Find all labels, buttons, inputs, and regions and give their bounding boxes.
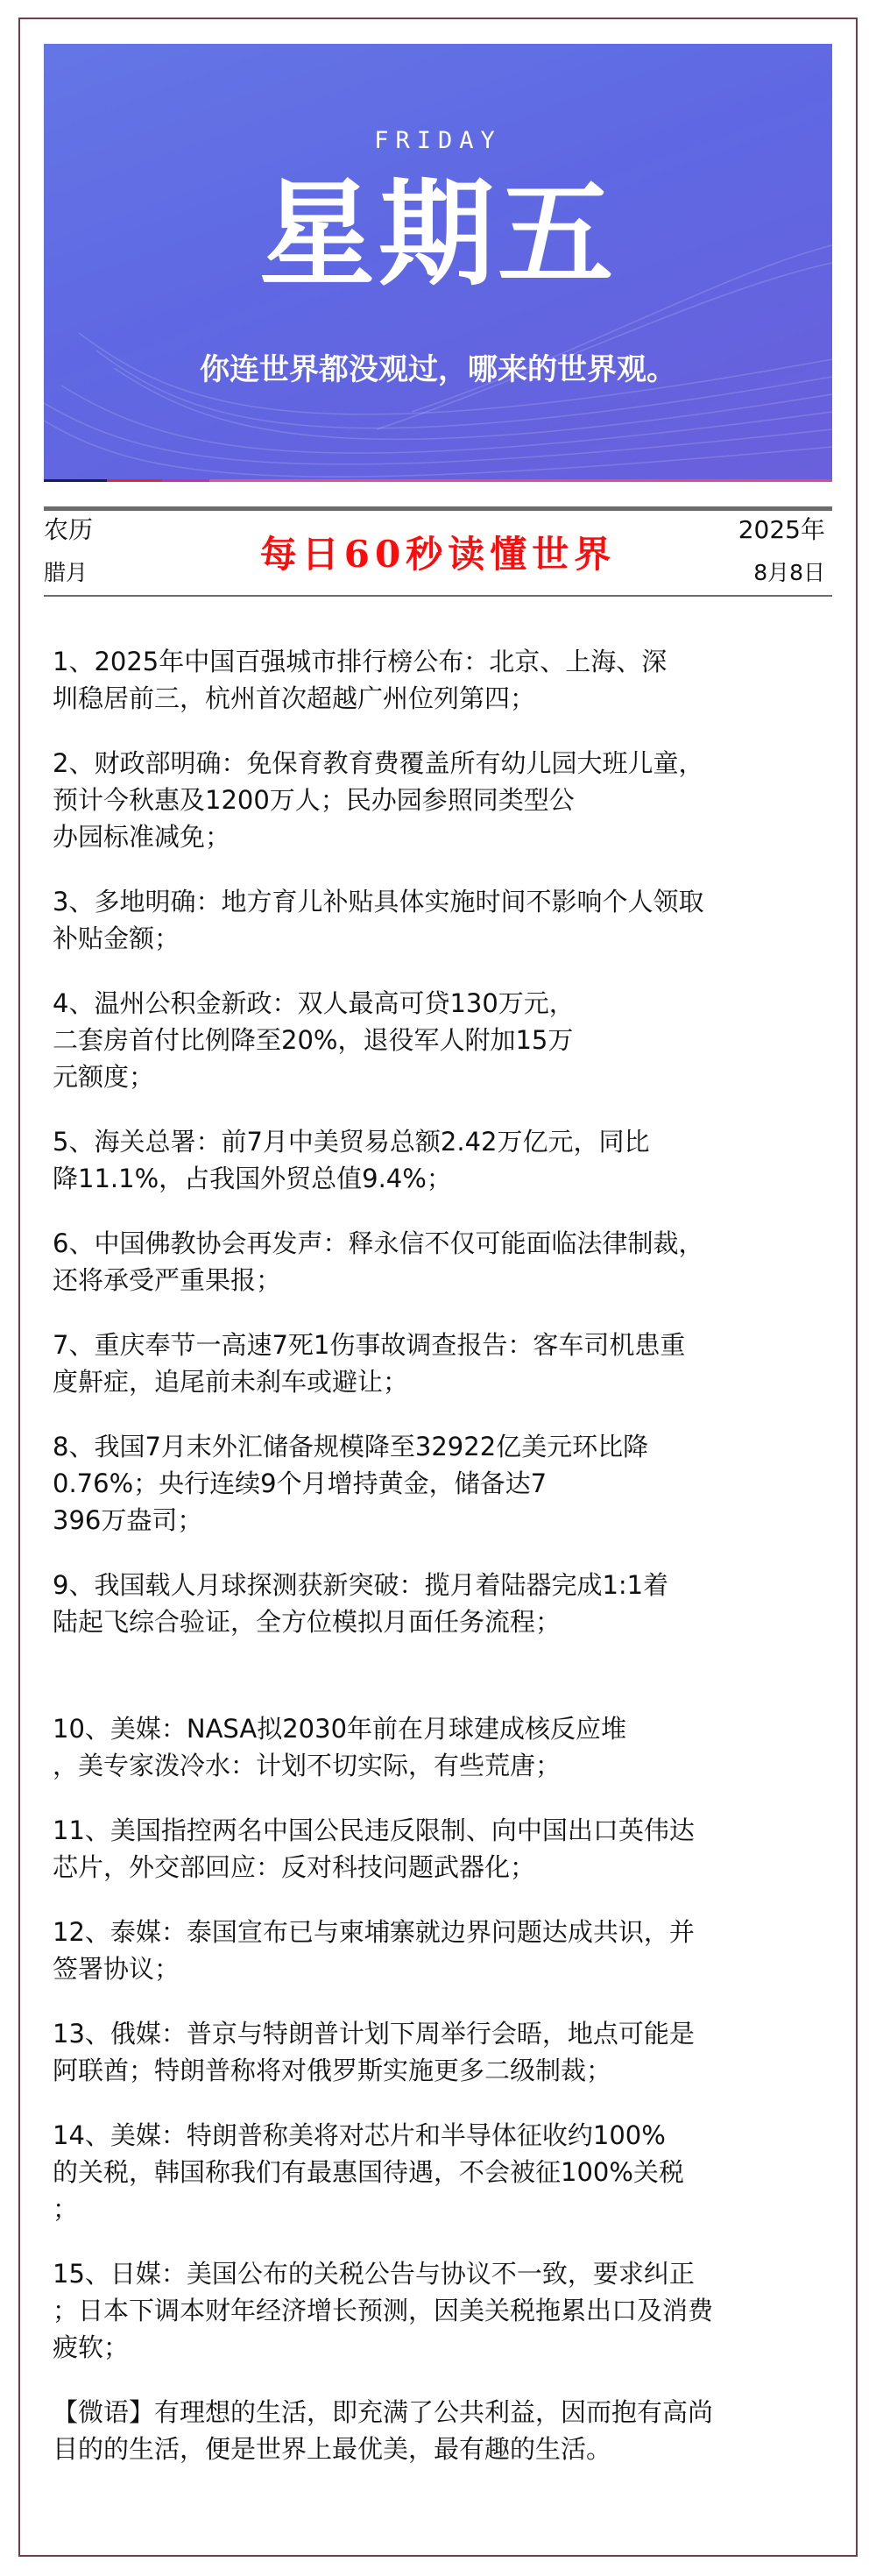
news-item: 10、美媒：NASA拟2030年前在月球建成核反应堆 ，美专家泼冷水：计划不切实… [53,1710,832,1784]
news-item: 11、美国指控两名中国公民违反限制、向中国出口英伟达 芯片，外交部回应：反对科技… [53,1812,832,1886]
news-item: 2、财政部明确：免保育教育费覆盖所有幼儿园大班儿童， 预计今秋惠及1200万人；… [53,745,832,855]
news-item: 9、我国载人月球探测获新突破：揽月着陆器完成1:1着 陆起飞综合验证，全方位模拟… [53,1567,832,1640]
news-item: 5、海关总署：前7月中美贸易总额2.42万亿元，同比 降11.1%，占我国外贸总… [53,1123,832,1197]
daily-quote: 【微语】有理想的生活，即充满了公共利益，因而抱有高尚 目的的生活，便是世界上最优… [53,2394,832,2467]
news-item: 3、多地明确：地方育儿补贴具体实施时间不影响个人领取 补贴金额； [53,883,832,957]
news-item: 1、2025年中国百强城市排行榜公布：北京、上海、深 圳稳居前三，杭州首次超越广… [53,643,832,717]
news-item: 4、温州公积金新政：双人最高可贷130万元， 二套房首付比例降至20%，退役军人… [53,985,832,1095]
banner-color-stripe [44,479,832,482]
news-item: 12、泰媒：泰国宣布已与柬埔寨就边界问题达成共识，并 签署协议； [53,1914,832,1987]
header-divider-top [44,506,832,511]
news-list: 1、2025年中国百强城市排行榜公布：北京、上海、深 圳稳居前三，杭州首次超越广… [53,643,832,2467]
news-item: 13、俄媒：普京与特朗普计划下周举行会晤，地点可能是 阿联酋；特朗普称将对俄罗斯… [53,2015,832,2089]
news-item: 6、中国佛教协会再发声：释永信不仅可能面临法律制裁， 还将承受严重果报； [53,1225,832,1299]
banner-slogan: 你连世界都没观过，哪来的世界观。 [44,350,832,389]
news-item: 8、我国7月末外汇储备规模降至32922亿美元环比降 0.76%；央行连续9个月… [53,1428,832,1539]
header-divider-bottom [44,595,832,597]
date-year: 2025年 [738,513,825,548]
news-item: 15、日媒：美国公布的关税公告与协议不一致，要求纠正 ；日本下调本财年经济增长预… [53,2255,832,2366]
weekday-chinese: 星期五 [44,165,832,305]
news-item: 7、重庆奉节一高速7死1伤事故调查报告：客车司机患重 度鼾症，追尾前未刹车或避让… [53,1327,832,1400]
date-day: 8月8日 [738,556,825,591]
date-block: 2025年 8月8日 [738,513,825,591]
news-item: 14、美媒：特朗普称美将对芯片和半导体征收约100% 的关税，韩国称我们有最惠国… [53,2117,832,2227]
weekday-english: FRIDAY [44,127,832,154]
header-banner: FRIDAY 星期五 你连世界都没观过，哪来的世界观。 [44,44,832,482]
